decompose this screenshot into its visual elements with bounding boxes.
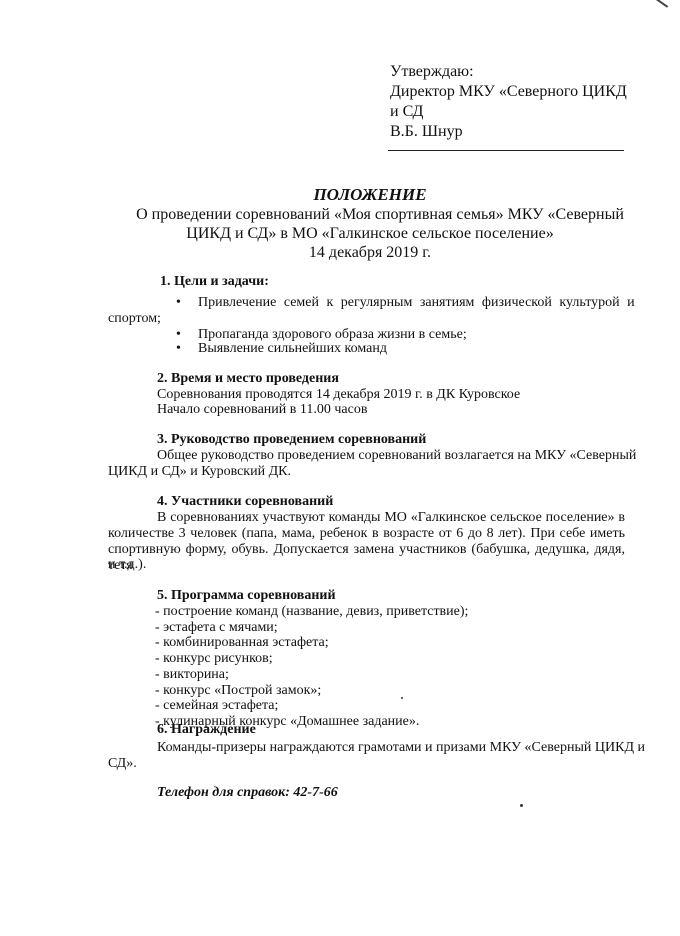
section-text: и т.д.).	[108, 557, 146, 573]
list-item: •Привлечение семей к регулярным занятиям…	[176, 295, 630, 311]
list-item: - комбинированная эстафета;	[155, 635, 468, 651]
approval-line: Утверждаю:	[390, 62, 627, 82]
approval-line: и СД	[390, 102, 627, 122]
list-item: - эстафета с мячами;	[155, 620, 468, 636]
list-item: - семейная эстафета;	[155, 698, 468, 714]
approval-block: Утверждаю: Директор МКУ «Северного ЦИКД …	[390, 62, 627, 142]
program-list: - построение команд (название, девиз, пр…	[155, 604, 468, 730]
section-heading-goals: 1. Цели и задачи:	[160, 274, 269, 290]
contact-phone: Телефон для справок: 42-7-66	[157, 785, 338, 801]
document-date: 14 декабря 2019 г.	[0, 243, 680, 262]
bullet-text: Привлечение семей к регулярным занятиям …	[198, 295, 635, 310]
bullet-text: Пропаганда здорового образа жизни в семь…	[198, 327, 467, 342]
document-subtitle: О проведении соревнований «Моя спортивна…	[0, 205, 680, 224]
document-title: ПОЛОЖЕНИЕ	[0, 185, 680, 205]
section-text: спортивную форму, обувь. Допускается зам…	[108, 542, 625, 574]
list-item: - конкурс «Построй замок»;	[155, 683, 468, 699]
section-text: Начало соревнований в 11.00 часов	[157, 402, 367, 418]
bullet-icon: •	[176, 341, 198, 357]
section-heading-management: 3. Руководство проведением соревнований	[157, 432, 426, 448]
section-heading-program: 5. Программа соревнований	[157, 588, 336, 604]
approval-signer: В.Б. Шнур	[390, 122, 627, 142]
scan-speck	[401, 697, 403, 699]
scan-speck	[520, 804, 523, 807]
section-text: Соревнования проводятся 14 декабря 2019 …	[157, 387, 520, 403]
bullet-icon: •	[176, 295, 198, 311]
scan-mark	[656, 0, 668, 7]
section-text: Общее руководство проведением соревнован…	[157, 448, 636, 464]
section-text: ЦИКД и СД» и Куровский ДК.	[108, 464, 291, 480]
bullet-text: Выявление сильнейших команд	[198, 341, 387, 356]
list-item: •Выявление сильнейших команд	[176, 341, 387, 357]
bullet-continuation: спортом;	[108, 311, 161, 327]
section-heading-time-place: 2. Время и место проведения	[157, 371, 339, 387]
list-item: - конкурс рисунков;	[155, 651, 468, 667]
section-text: СД».	[108, 756, 137, 772]
approval-line: Директор МКУ «Северного ЦИКД	[390, 82, 627, 102]
document-subtitle: ЦИКД и СД» в МО «Галкинское сельское пос…	[0, 224, 680, 243]
section-text: В соревнованиях участвуют команды МО «Га…	[157, 510, 625, 526]
signature-line	[388, 150, 624, 151]
list-item: - викторина;	[155, 667, 468, 683]
section-text: количестве 3 человек (папа, мама, ребено…	[108, 526, 625, 542]
section-heading-awards: 6. Награждение	[157, 722, 256, 738]
section-heading-participants: 4. Участники соревнований	[157, 494, 333, 510]
section-text: Команды-призеры награждаются грамотами и…	[157, 740, 645, 756]
list-item: - построение команд (название, девиз, пр…	[155, 604, 468, 620]
